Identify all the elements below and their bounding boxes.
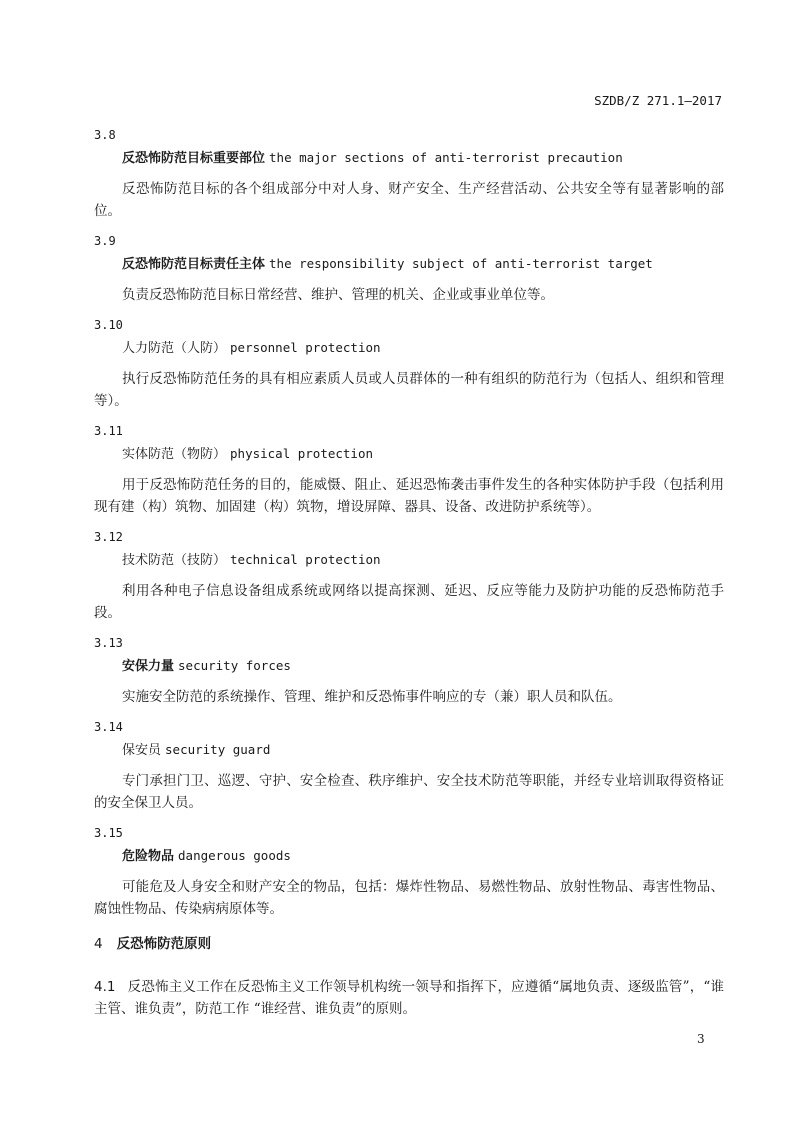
term-3-14: 3.14 保安员security guard 专门承担门卫、巡逻、守护、安全检查… [94,718,724,814]
term-title: 技术防范（技防）technical protection [122,550,724,571]
term-title: 反恐怖防范目标重要部位the major sections of anti-te… [122,148,724,169]
term-title-en: the responsibility subject of anti-terro… [269,256,653,271]
term-title: 人力防范（人防）personnel protection [122,338,724,359]
term-3-11: 3.11 实体防范（物防）physical protection 用于反恐怖防范… [94,422,724,518]
term-3-10: 3.10 人力防范（人防）personnel protection 执行反恐怖防… [94,316,724,412]
term-title-en: technical protection [230,552,381,567]
term-title-zh: 保安员 [122,743,161,758]
term-number: 3.8 [94,126,724,144]
term-definition: 可能危及人身安全和财产安全的物品，包括：爆炸性物品、易燃性物品、放射性物品、毒害… [94,876,724,920]
term-number: 3.13 [94,634,724,652]
term-title-en: security forces [178,658,291,673]
document-body: 3.8 反恐怖防范目标重要部位the major sections of ant… [94,126,724,1020]
term-title-zh: 技术防范（技防） [122,553,226,568]
page-number: 3 [697,1032,705,1046]
term-title-zh: 危险物品 [122,849,174,864]
term-title: 实体防范（物防）physical protection [122,444,724,465]
term-number: 3.14 [94,718,724,736]
section-number: 4 [94,936,103,952]
term-title-zh: 人力防范（人防） [122,341,226,356]
term-title: 反恐怖防范目标责任主体the responsibility subject of… [122,254,724,275]
clause-4-1: 4.1反恐怖主义工作在反恐怖主义工作领导机构统一领导和指挥下，应遵循“属地负责、… [94,976,724,1020]
term-definition: 负责反恐怖防范目标日常经营、维护、管理的机关、企业或事业单位等。 [94,284,724,306]
section-heading: 4反恐怖防范原则 [94,934,724,954]
term-title-zh: 反恐怖防范目标责任主体 [122,257,265,272]
term-3-8: 3.8 反恐怖防范目标重要部位the major sections of ant… [94,126,724,222]
term-definition: 执行反恐怖防范任务的具有相应素质人员或人员群体的一种有组织的防范行为（包括人、组… [94,368,724,412]
term-title: 危险物品dangerous goods [122,846,724,867]
term-title-zh: 安保力量 [122,659,174,674]
term-definition: 实施安全防范的系统操作、管理、维护和反恐怖事件响应的专（兼）职人员和队伍。 [94,686,724,708]
term-definition: 反恐怖防范目标的各个组成部分中对人身、财产安全、生产经营活动、公共安全等有显著影… [94,178,724,222]
clause-number: 4.1 [94,979,115,995]
clause-text: 反恐怖主义工作在反恐怖主义工作领导机构统一领导和指挥下，应遵循“属地负责、逐级监… [94,979,724,1017]
term-number: 3.11 [94,422,724,440]
term-number: 3.10 [94,316,724,334]
term-definition: 用于反恐怖防范任务的目的，能威慑、阻止、延迟恐怖袭击事件发生的各种实体防护手段（… [94,474,724,518]
term-number: 3.15 [94,824,724,842]
term-title-zh: 反恐怖防范目标重要部位 [122,151,265,166]
term-definition: 利用各种电子信息设备组成系统或网络以提高探测、延迟、反应等能力及防护功能的反恐怖… [94,580,724,624]
term-number: 3.9 [94,232,724,250]
term-title: 安保力量security forces [122,656,724,677]
term-3-13: 3.13 安保力量security forces 实施安全防范的系统操作、管理、… [94,634,724,708]
term-title-en: physical protection [230,446,373,461]
term-title-en: security guard [165,742,270,757]
term-3-15: 3.15 危险物品dangerous goods 可能危及人身安全和财产安全的物… [94,824,724,920]
term-3-12: 3.12 技术防范（技防）technical protection 利用各种电子… [94,528,724,624]
term-title-zh: 实体防范（物防） [122,447,226,462]
standard-code-header: SZDB/Z 271.1—2017 [594,93,722,108]
term-title: 保安员security guard [122,740,724,761]
term-title-en: the major sections of anti-terrorist pre… [269,150,623,165]
term-definition: 专门承担门卫、巡逻、守护、安全检查、秩序维护、安全技术防范等职能，并经专业培训取… [94,770,724,814]
term-number: 3.12 [94,528,724,546]
term-title-en: personnel protection [230,340,381,355]
term-title-en: dangerous goods [178,848,291,863]
section-title: 反恐怖防范原则 [117,936,212,952]
term-3-9: 3.9 反恐怖防范目标责任主体the responsibility subjec… [94,232,724,306]
